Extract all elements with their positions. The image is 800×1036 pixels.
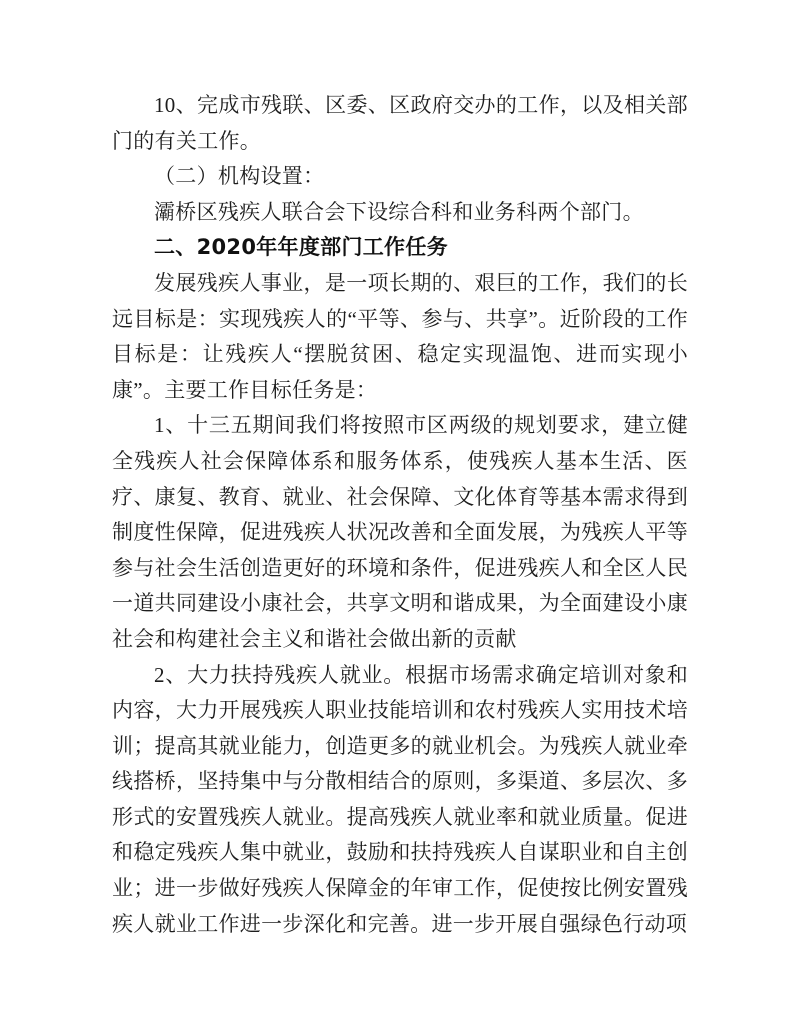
section-heading-2020-tasks: 二、2020年年度部门工作任务 [112, 230, 688, 266]
paragraph-task-1-social-security: 1、十三五期间我们将按照市区两级的规划要求，建立健全残疾人社会保障体系和服务体系… [112, 408, 688, 657]
paragraph-completing-assigned-work: 10、完成市残联、区委、区政府交办的工作，以及相关部门的有关工作。 [112, 88, 688, 159]
paragraph-org-structure-label: （二）机构设置： [112, 159, 688, 195]
paragraph-task-2-employment: 2、大力扶持残疾人就业。根据市场需求确定培训对象和内容，大力开展残疾人职业技能培… [112, 658, 688, 943]
paragraph-org-structure-detail: 灞桥区残疾人联合会下设综合科和业务科两个部门。 [112, 195, 688, 231]
document-viewport: { "page": { "background_color": "#ffffff… [0, 0, 800, 1036]
document-page: 10、完成市残联、区委、区政府交办的工作，以及相关部门的有关工作。 （二）机构设… [0, 0, 800, 1036]
document-body: 10、完成市残联、区委、区政府交办的工作，以及相关部门的有关工作。 （二）机构设… [112, 88, 688, 942]
paragraph-goals-overview: 发展残疾人事业，是一项长期的、艰巨的工作，我们的长远目标是：实现残疾人的“平等、… [112, 266, 688, 408]
